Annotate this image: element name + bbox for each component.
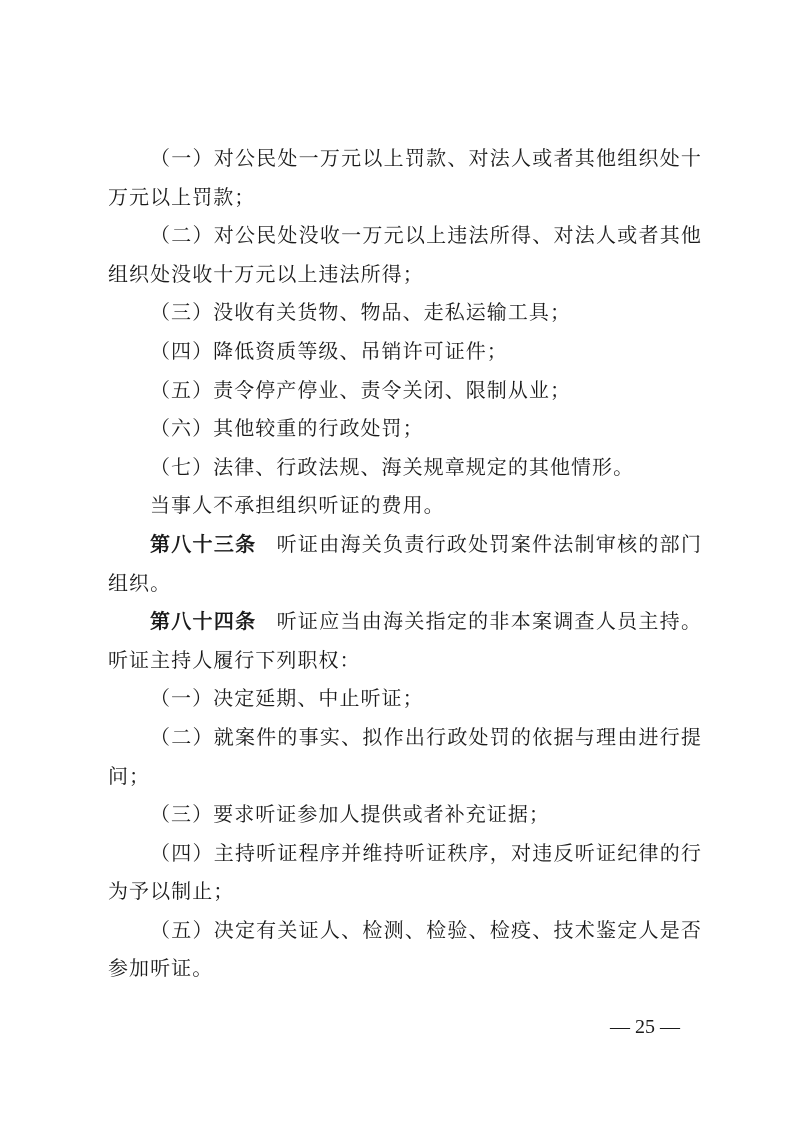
article-83: 第八十三条听证由海关负责行政处罚案件法制审核的部门组织。 — [108, 525, 702, 602]
paragraph-item: （三）要求听证参加人提供或者补充证据； — [108, 795, 702, 834]
paragraph-item: （五）决定有关证人、检测、检验、检疫、技术鉴定人是否参加听证。 — [108, 911, 702, 988]
paragraph-item: （四）降低资质等级、吊销许可证件； — [108, 332, 702, 371]
document-body: （一）对公民处一万元以上罚款、对法人或者其他组织处十万元以上罚款； （二）对公民… — [108, 139, 702, 988]
paragraph-item: （一）决定延期、中止听证； — [108, 679, 702, 718]
paragraph-item: （二）就案件的事实、拟作出行政处罚的依据与理由进行提问； — [108, 718, 702, 795]
paragraph-text: 当事人不承担组织听证的费用。 — [108, 486, 702, 525]
paragraph-item: （五）责令停产停业、责令关闭、限制从业； — [108, 371, 702, 410]
article-heading: 第八十三条 — [150, 532, 256, 556]
article-heading: 第八十四条 — [150, 609, 256, 633]
paragraph-item: （二）对公民处没收一万元以上违法所得、对法人或者其他组织处没收十万元以上违法所得… — [108, 216, 702, 293]
article-84: 第八十四条听证应当由海关指定的非本案调查人员主持。听证主持人履行下列职权： — [108, 602, 702, 679]
paragraph-item: （七）法律、行政法规、海关规章规定的其他情形。 — [108, 448, 702, 487]
page-number: — 25 — — [600, 1016, 690, 1039]
paragraph-item: （三）没收有关货物、物品、走私运输工具； — [108, 293, 702, 332]
paragraph-item: （六）其他较重的行政处罚； — [108, 409, 702, 448]
document-page: （一）对公民处一万元以上罚款、对法人或者其他组织处十万元以上罚款； （二）对公民… — [0, 0, 800, 1132]
paragraph-item: （一）对公民处一万元以上罚款、对法人或者其他组织处十万元以上罚款； — [108, 139, 702, 216]
paragraph-item: （四）主持听证程序并维持听证秩序，对违反听证纪律的行为予以制止； — [108, 834, 702, 911]
